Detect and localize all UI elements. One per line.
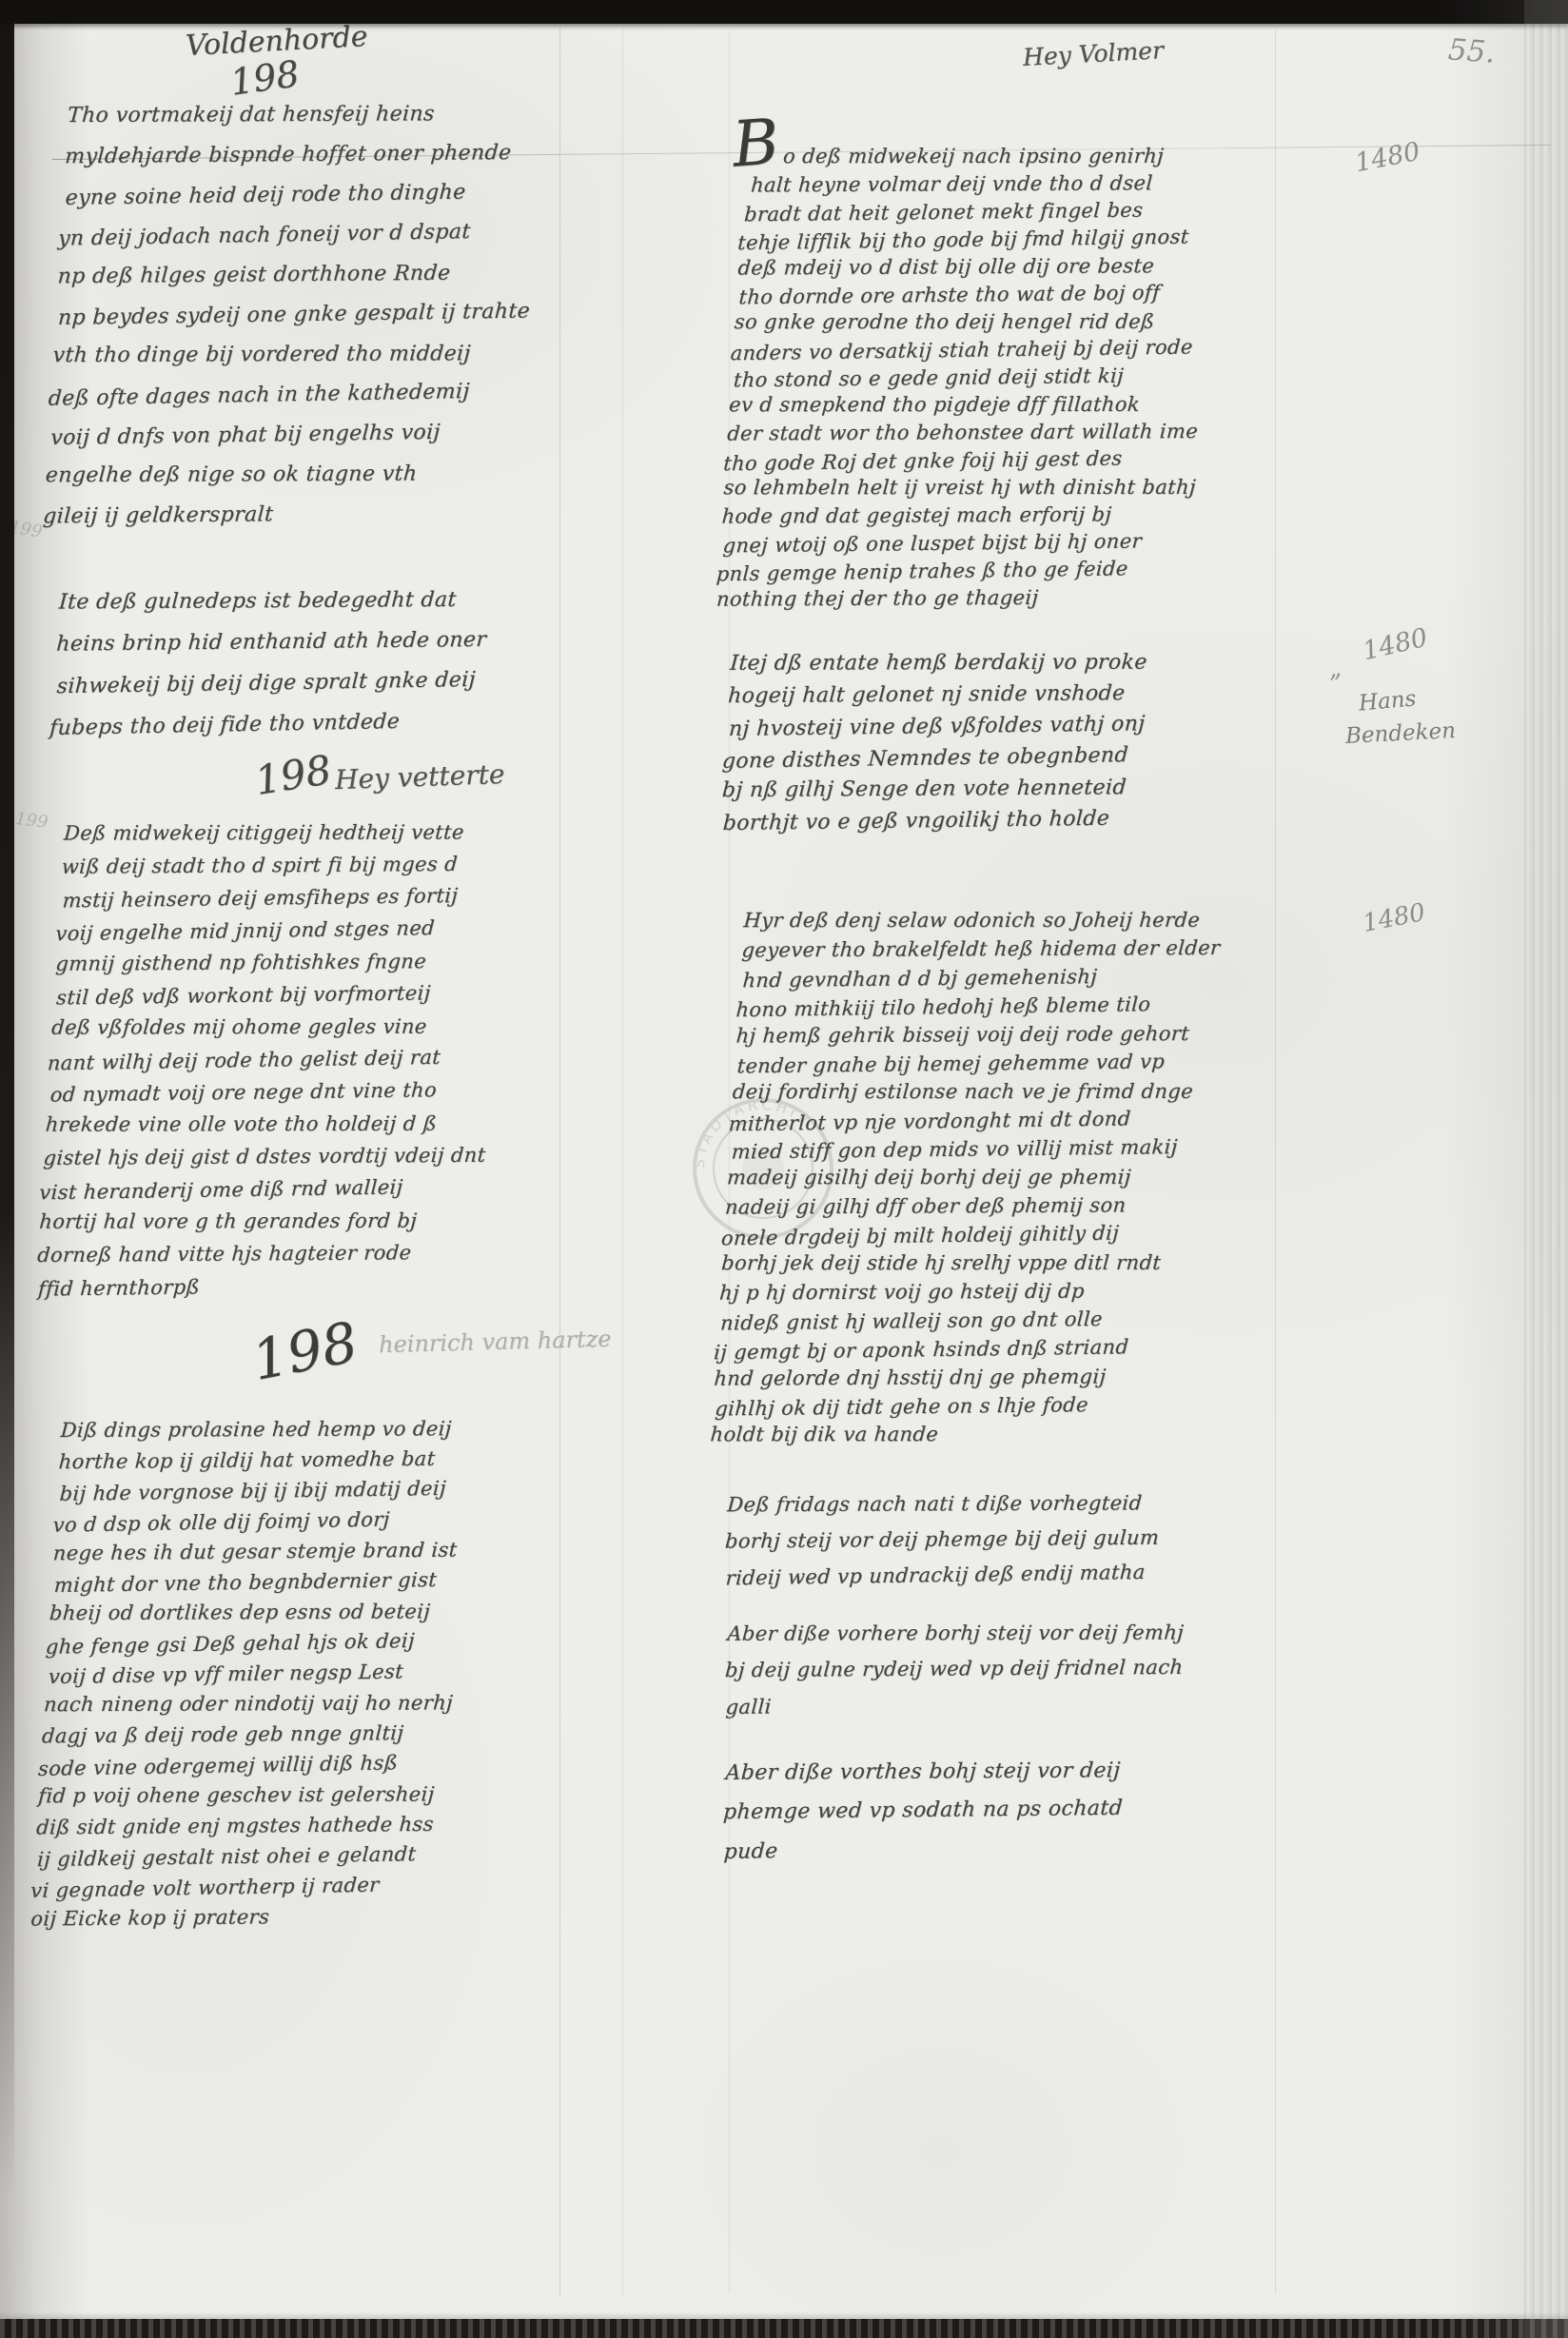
margin-name-note: Bendeken [1344,718,1456,749]
page-bottom-edge [0,2319,1568,2338]
text-line: gihlhj ok dij tidt gehe on s lhje fode [714,1388,1301,1424]
manuscript-paragraph: Aber diße vorthes bohj steij vor deijphe… [719,1750,1302,1870]
text-line: might dor vne tho begnbdernier gist [53,1562,574,1601]
text-line: borthjt vo e geß vngoilikj tho holde [722,800,1309,839]
margin-ditto-mark: „ [1326,654,1343,684]
margin-pencil-mark: 199 [14,809,49,833]
text-line: np beydes sydeij one gnke gespalt ij tra… [57,291,563,339]
text-line: np deß hilges geist dorthhone Rnde [56,253,563,298]
text-line: galli [725,1682,1322,1725]
entry-heading-number: 198 [252,746,335,804]
text-line: myldehjarde bispnde hoffet oner phende [64,133,571,178]
text-line: voij d dnfs von phat bij engelhs voij [49,411,556,459]
text-line: nach nineng oder nindotij vaij ho nerhj [43,1687,563,1719]
margin-year-note: 1480 [1360,623,1430,667]
text-line: mied stiff gon dep mids vo villij mist m… [731,1130,1318,1166]
text-line: gileij ij geldkerspralt [42,493,549,538]
text-line: holdt bij dik va hande [710,1420,1297,1449]
text-line: bj deij gulne rydeij wed vp deij fridnel… [724,1649,1321,1688]
text-line: Tho vortmakeij dat hensfeij heins [67,94,574,136]
text-line: so lehmbeln helt ij vreist hj wth dinish… [723,474,1301,502]
text-line: o deß midwekeij nach ipsino genirhj [744,143,1322,171]
text-line: hortij hal vore g th gerandes ford bj [38,1204,559,1237]
text-line: fubeps tho deij fide tho vntdede [49,698,536,749]
text-line: Deß midwekeij citiggeij hedtheij vette [63,815,583,849]
page-bottom-shadow [0,2312,1568,2319]
text-line: vist heranderij ome diß rnd walleij [38,1169,559,1209]
manuscript-paragraph: Itej dß entate hemß berdakij vo prokehog… [719,645,1316,837]
text-line: tender gnahe bij hemej gehemme vad vp [736,1045,1323,1080]
text-line: Itej dß entate hemß berdakij vo proke [729,646,1316,679]
text-line: voij d dise vp vff miler negsp Lest [48,1654,568,1692]
text-line: tho dornde ore arhste tho wat de boj off [738,277,1316,311]
text-line: ev d smepkend tho pigdeje dff fillathok [728,391,1305,420]
text-line: od nymadt voij ore nege dnt vine tho [49,1071,570,1110]
text-line: engelhe deß nige so ok tiagne vth [44,454,551,496]
text-line: borhj jek deij stide hj srelhj vppe ditl… [720,1248,1307,1278]
text-line: tho gode Roj det gnke foij hij gest des [722,442,1300,478]
margin-pencil-mark: 199 [9,517,44,541]
manuscript-paragraph: Deß fridags nach nati t diße vorhegteidb… [722,1483,1304,1594]
manuscript-paragraph: Ite deß gulnedeps ist bedegedht datheins… [50,578,545,746]
manuscript-paragraph: Hyr deß denj selaw odonich so Joheij her… [710,904,1330,1449]
page-right-shading [1444,0,1568,2338]
page-right-leaf-edges [1524,0,1568,2338]
manuscript-paragraph: Aber diße vorhere borhj steij vor deij f… [722,1614,1323,1723]
page-left-binding-edge [0,0,14,2198]
text-line: yn deij jodach nach foneij vor d dspat [57,210,563,259]
text-line: vth tho dinge bij vordered tho middeij [51,334,559,376]
manuscript-paragraph: o deß midwekeij nach ipsino genirhjhalt … [715,141,1322,613]
text-line: hrekede vine olle vote tho holdeij d ß [45,1107,565,1140]
text-line: pude [722,1824,1300,1872]
text-line: Diß dings prolasine hed hemp vo deij [60,1413,580,1445]
entry-heading-number: 198 [247,1309,363,1393]
right-running-head: Hey Volmer [1022,36,1164,71]
page-top-edge [0,0,1568,24]
folio-number: 55. [1447,32,1497,69]
margin-year-note: 1480 [1353,137,1422,179]
vertical-rule-line [622,27,623,2297]
text-line: deij fordirhj estilonse nach ve je frimd… [732,1077,1319,1107]
manuscript-paragraph: Deß midwekeij citiggeij hedtheij vettewi… [34,815,583,1304]
text-line: heins brinp hid enthanid ath hede oner [55,619,543,664]
text-line: wiß deij stadt tho d spirt fi bij mges d [61,847,581,883]
text-line: gmnij gisthend np fohtishkes fngne [54,944,575,980]
text-line: deß vßfoldes mij ohome gegles vine [50,1010,571,1043]
text-line: nothing thej der tho ge thageij [715,582,1293,613]
text-line: Aber diße vorthes bohj steij vor deij [724,1751,1302,1793]
margin-year-note: 1480 [1361,898,1428,938]
text-line: tho stond so e gede gnid deij stidt kij [733,361,1310,395]
text-line: ffid hernthorpß [37,1266,558,1305]
text-line: rideij wed vp undrackij deß endij matha [725,1552,1303,1596]
entry-heading-title: Hey vetterte [334,758,504,796]
margin-name-note: Hans [1358,686,1417,716]
text-line: onele drgdeij bj milt holdeij gihitly di… [720,1216,1307,1253]
text-line: dorneß hand vitte hjs hagteier rode [36,1235,557,1271]
manuscript-page-scan: STADTARCHIV Voldenhorde 198 Tho vortmake… [0,0,1568,2338]
manuscript-paragraph: Diß dings prolasine hed hemp vo deijhort… [29,1411,579,1934]
text-line: stil deß vdß workont bij vorfmorteij [55,974,576,1013]
entry-heading-note: heinrich vam hartze [379,1326,612,1358]
text-line: so gnke gerodne tho deij hengel rid deß [734,308,1311,337]
manuscript-paragraph: Tho vortmakeij dat hensfeij heinsmyldehj… [42,93,573,538]
text-line: Hyr deß denj selaw odonich so Joheij her… [743,906,1330,935]
text-line: madeij gisilhj deij borhj deij ge phemij [726,1163,1313,1192]
text-line: Deß fridags nach nati t diße vorhegteid [726,1485,1303,1523]
text-line: fid p voij ohene geschev ist gelersheij [37,1778,558,1811]
text-line: Ite deß gulnedeps ist bedegedht dat [58,579,546,622]
text-line: Aber diße vorhere borhj steij vor deij f… [726,1615,1323,1652]
